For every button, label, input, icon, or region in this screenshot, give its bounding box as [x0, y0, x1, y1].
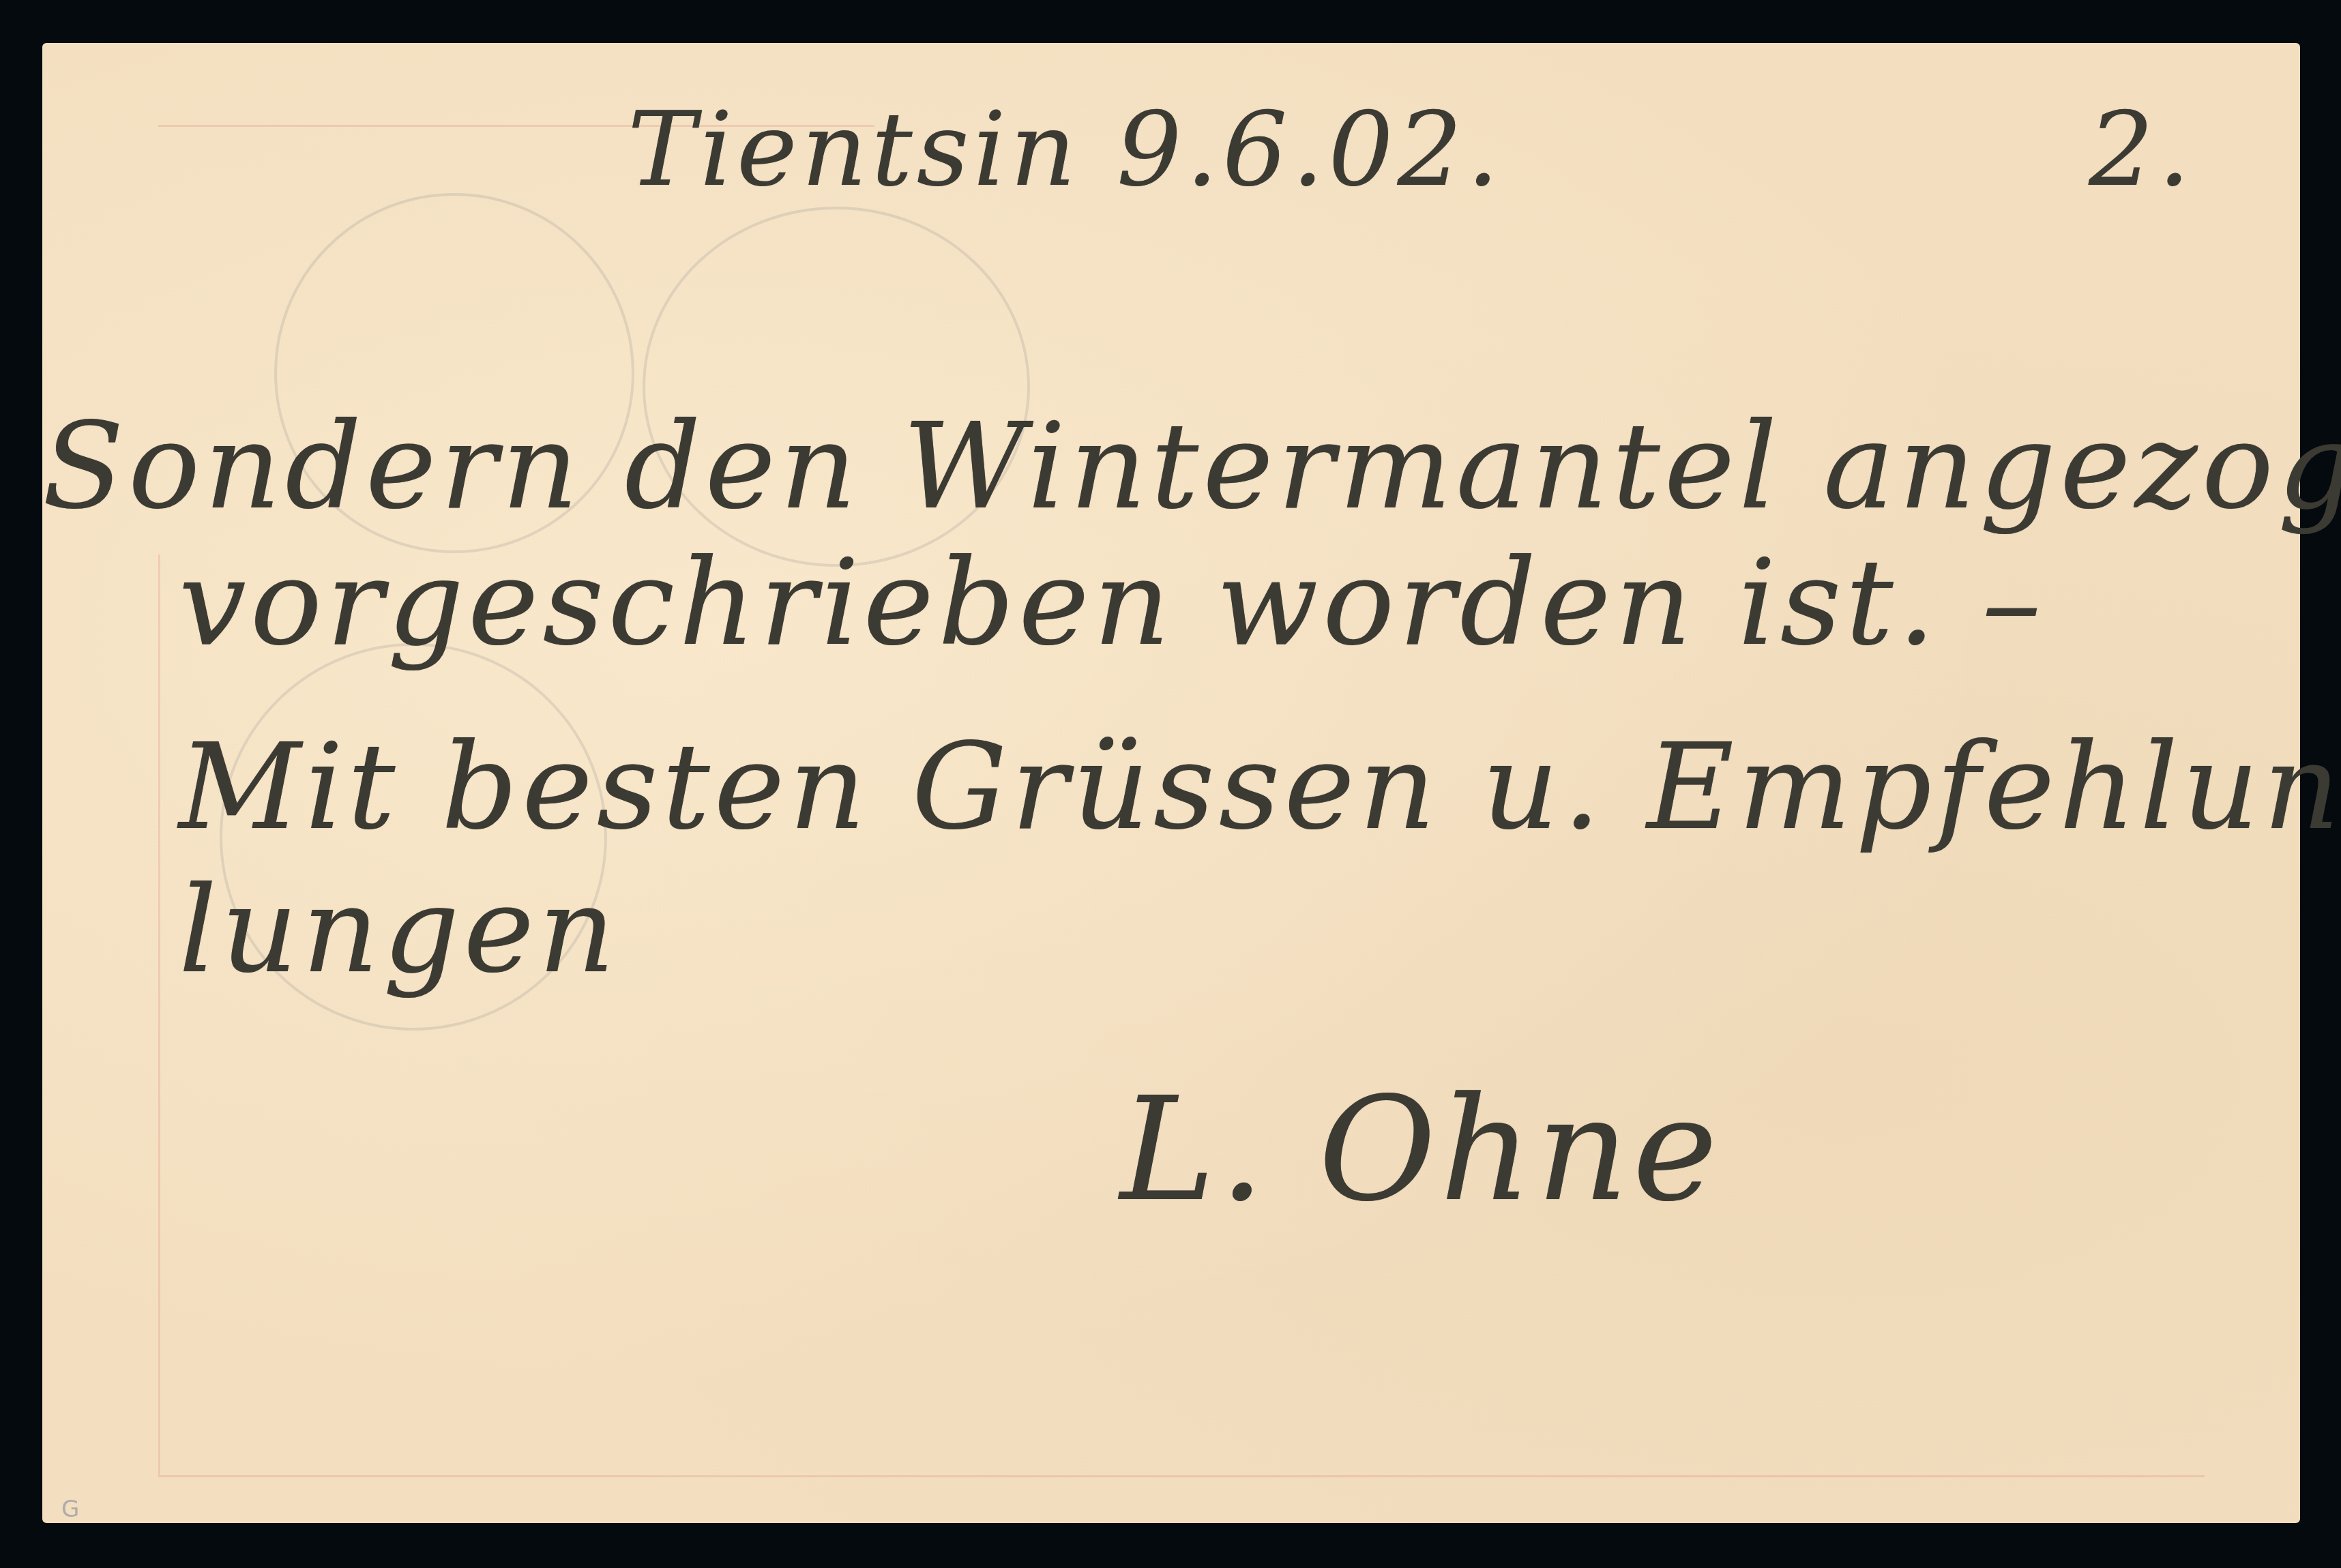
pencil-mark: G	[61, 1496, 79, 1523]
message-line-3: Mit besten Grüssen u. Empfehlungen	[179, 718, 2341, 857]
bottom-frame-ghost	[158, 1475, 2205, 1477]
message-line-4: lungen	[179, 861, 619, 1000]
message-line-2: vorgeschrieben worden ist. –	[179, 534, 2046, 672]
message-line-1: Sondern den Wintermantel angezogen	[42, 398, 2341, 536]
place-date: Tientsin 9.6.02.	[628, 91, 1503, 209]
signature: L. Ohne	[1120, 1066, 1722, 1233]
address-line-ghost	[158, 554, 160, 1475]
page-number: 2.	[2089, 91, 2194, 209]
postcard: Tientsin 9.6.02. 2. Sondern den Winterma…	[42, 43, 2300, 1523]
